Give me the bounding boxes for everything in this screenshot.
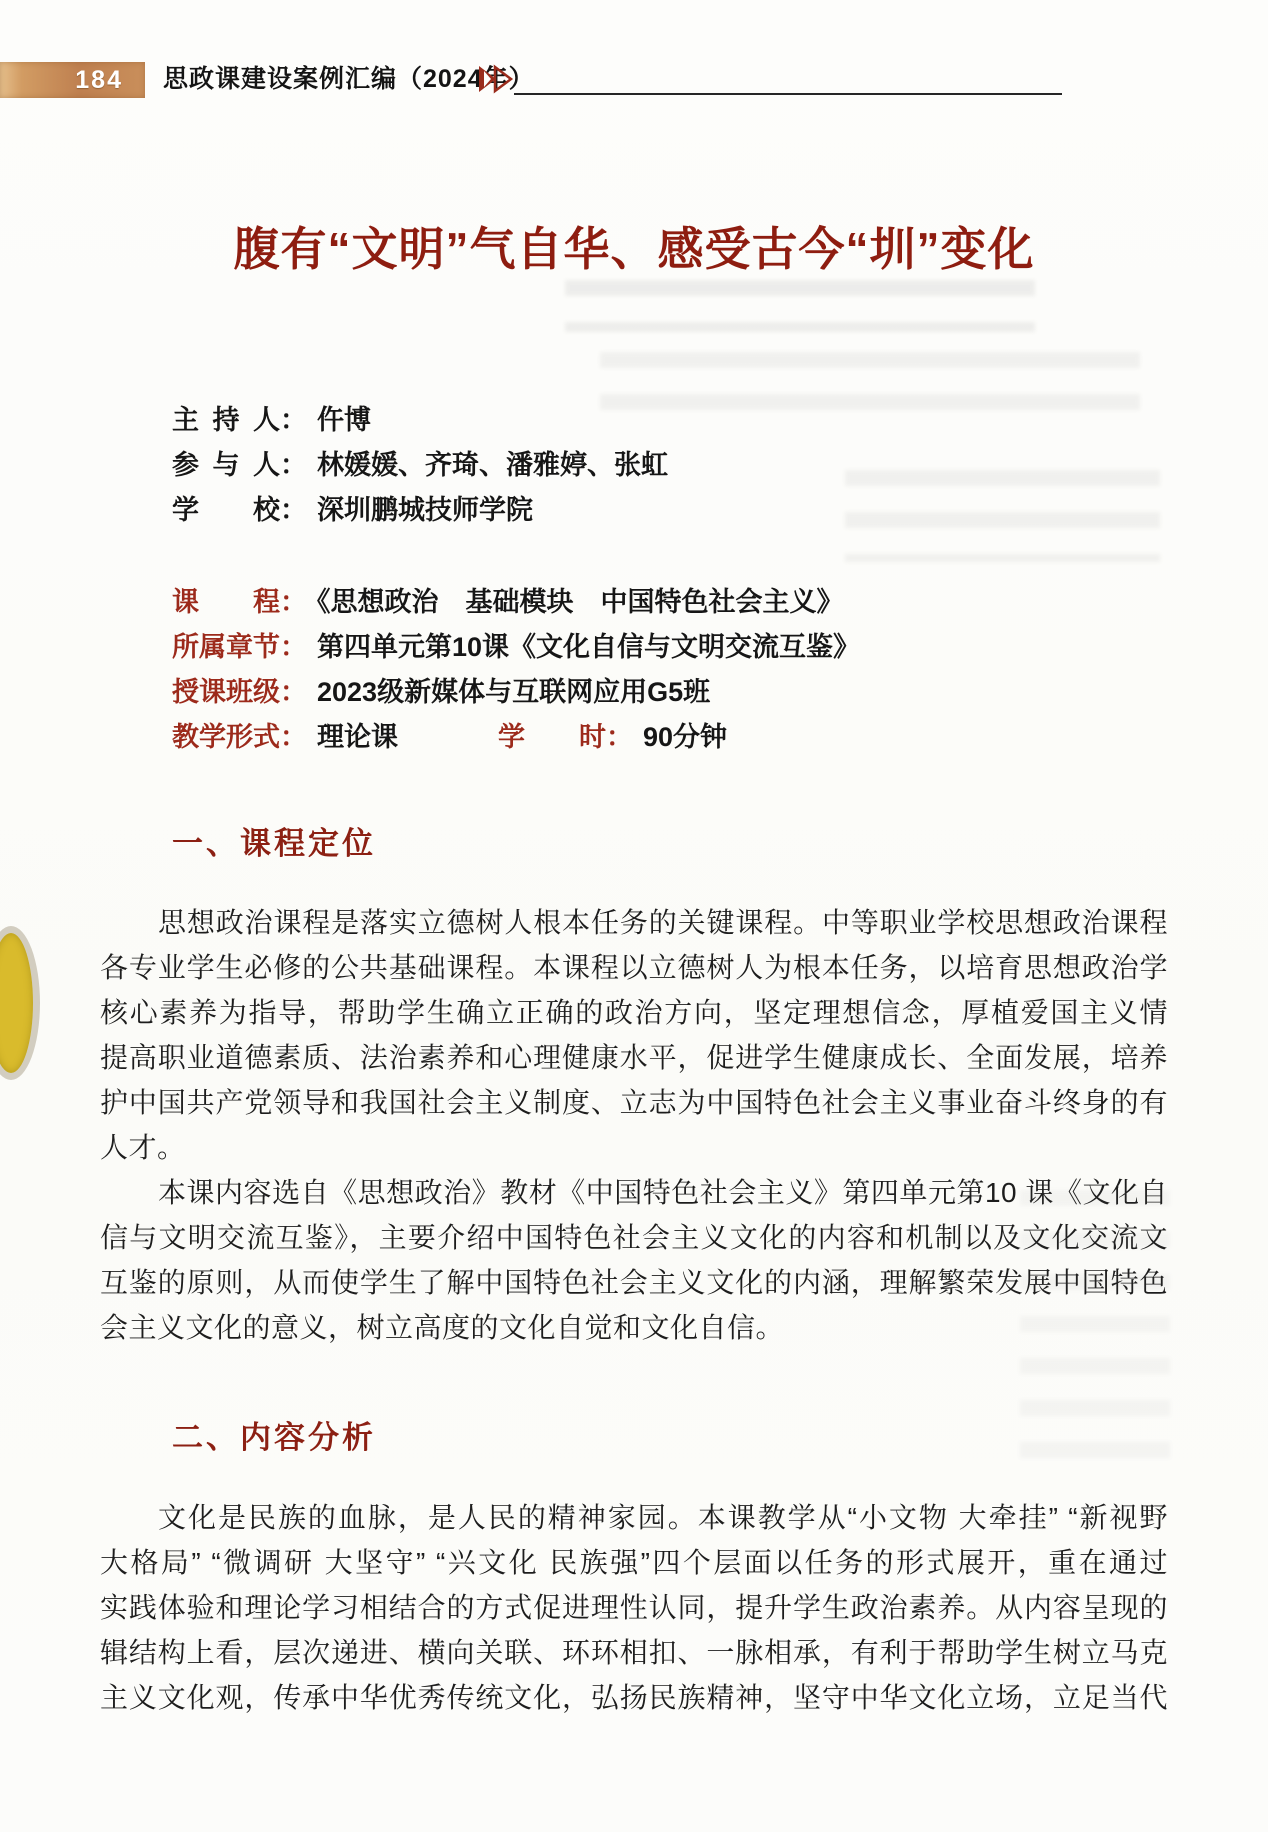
- paragraph-line: 大格局” “微调研 大坚守” “兴文化 民族强”四个层面以任务的形式展开，重在通…: [100, 1540, 1168, 1585]
- paragraph-line: 实践体验和理论学习相结合的方式促进理性认同，提升学生政治素养。从内容呈现的逻: [100, 1585, 1168, 1630]
- meta-colon: ：: [280, 450, 307, 480]
- paragraph-line: 互鉴的原则，从而使学生了解中国特色社会主义文化的内涵，理解繁荣发展中国特色社: [100, 1260, 1168, 1305]
- meta-colon: ：: [280, 587, 307, 617]
- meta-label: 教学形式: [172, 715, 280, 760]
- ink-bleed-artifact: [845, 470, 1160, 562]
- section-2-body: 文化是民族的血脉，是人民的精神家园。本课教学从“小文物 大牵挂” “新视野 大格…: [100, 1495, 1168, 1720]
- meta-row-participants: 参与人：林媛媛、齐琦、潘雅婷、张虹: [172, 443, 668, 488]
- meta-colon: ：: [280, 677, 307, 707]
- course-meta-block: 课程：《思想政治 基础模块 中国特色社会主义》 所属章节：第四单元第10课《文化…: [172, 580, 860, 760]
- meta-label: 课程: [172, 580, 280, 625]
- paragraph-line: 会主义文化的意义，树立高度的文化自觉和文化自信。: [100, 1305, 1168, 1350]
- document-title: 腹有“文明”气自华、感受古今“圳”变化: [0, 213, 1268, 279]
- paragraph-line: 信与文明交流互鉴》，主要介绍中国特色社会主义文化的内容和机制以及文化交流文明: [100, 1215, 1168, 1260]
- meta-row-host: 主持人：仵博: [172, 398, 668, 443]
- meta-value: 90分钟: [643, 722, 727, 752]
- meta-value: 深圳鹏城技师学院: [317, 495, 533, 525]
- ink-bleed-artifact: [565, 280, 1035, 332]
- meta-colon: ：: [280, 722, 307, 752]
- scanned-book-page: 184 思政课建设案例汇编（2024年） 腹有“文明”气自华、感受古今“圳”变化…: [0, 0, 1268, 1832]
- ink-bleed-artifact: [600, 352, 1140, 426]
- section-heading-2: 二、内容分析: [172, 1412, 376, 1457]
- meta-label: 学校: [172, 488, 280, 533]
- meta-label: 学时: [498, 715, 606, 760]
- section-heading-1: 一、课程定位: [172, 818, 376, 863]
- meta-value: 林媛媛、齐琦、潘雅婷、张虹: [317, 450, 668, 480]
- meta-label: 所属章节: [172, 625, 280, 670]
- page-edge-yellow-tab: [0, 926, 40, 1080]
- double-arrow-icon: [477, 64, 521, 94]
- paragraph-line: 主义文化观，传承中华优秀传统文化，弘扬民族精神，坚守中华文化立场，立足当代中: [100, 1675, 1168, 1720]
- page-number-badge: 184: [0, 62, 145, 98]
- meta-colon: ：: [280, 495, 307, 525]
- meta-label: 主持人: [172, 398, 280, 443]
- meta-value: 理论课: [317, 722, 398, 752]
- meta-colon: ：: [280, 405, 307, 435]
- people-meta-block: 主持人：仵博 参与人：林媛媛、齐琦、潘雅婷、张虹 学校：深圳鹏城技师学院: [172, 398, 668, 533]
- paragraph-line: 各专业学生必修的公共基础课程。本课程以立德树人为根本任务，以培育思想政治学科: [100, 945, 1168, 990]
- meta-row-course: 课程：《思想政治 基础模块 中国特色社会主义》: [172, 580, 860, 625]
- meta-colon: ：: [280, 632, 307, 662]
- page-number: 184: [75, 66, 123, 95]
- paragraph-line: 提高职业道德素质、法治素养和心理健康水平，促进学生健康成长、全面发展，培养拥: [100, 1035, 1168, 1080]
- meta-value: 仵博: [317, 405, 371, 435]
- paragraph-line: 人才。: [100, 1125, 1168, 1170]
- meta-row-school: 学校：深圳鹏城技师学院: [172, 488, 668, 533]
- paragraph-line: 文化是民族的血脉，是人民的精神家园。本课教学从“小文物 大牵挂” “新视野: [100, 1495, 1168, 1540]
- section-1-body: 思想政治课程是落实立德树人根本任务的关键课程。中等职业学校思想政治课程是 各专业…: [100, 900, 1168, 1350]
- meta-label: 参与人: [172, 443, 280, 488]
- meta-row-class: 授课班级：2023级新媒体与互联网应用G5班: [172, 670, 860, 715]
- meta-value: 第四单元第10课《文化自信与文明交流互鉴》: [317, 632, 860, 662]
- meta-row-chapter: 所属章节：第四单元第10课《文化自信与文明交流互鉴》: [172, 625, 860, 670]
- paragraph-line: 辑结构上看，层次递进、横向关联、环环相扣、一脉相承，有利于帮助学生树立马克思: [100, 1630, 1168, 1675]
- meta-row-teaching-form: 教学形式：理论课学时：90分钟: [172, 715, 860, 760]
- paragraph-line: 护中国共产党领导和我国社会主义制度、立志为中国特色社会主义事业奋斗终身的有用: [100, 1080, 1168, 1125]
- meta-value: 2023级新媒体与互联网应用G5班: [317, 677, 710, 707]
- meta-label: 授课班级: [172, 670, 280, 715]
- paragraph-line: 本课内容选自《思想政治》教材《中国特色社会主义》第四单元第10 课《文化自: [100, 1170, 1168, 1215]
- meta-value: 《思想政治 基础模块 中国特色社会主义》: [317, 587, 844, 617]
- paragraph-line: 核心素养为指导，帮助学生确立正确的政治方向，坚定理想信念，厚植爱国主义情怀，: [100, 990, 1168, 1035]
- header-rule: [514, 93, 1062, 95]
- paragraph-line: 思想政治课程是落实立德树人根本任务的关键课程。中等职业学校思想政治课程是: [100, 900, 1168, 945]
- meta-colon: ：: [606, 722, 633, 752]
